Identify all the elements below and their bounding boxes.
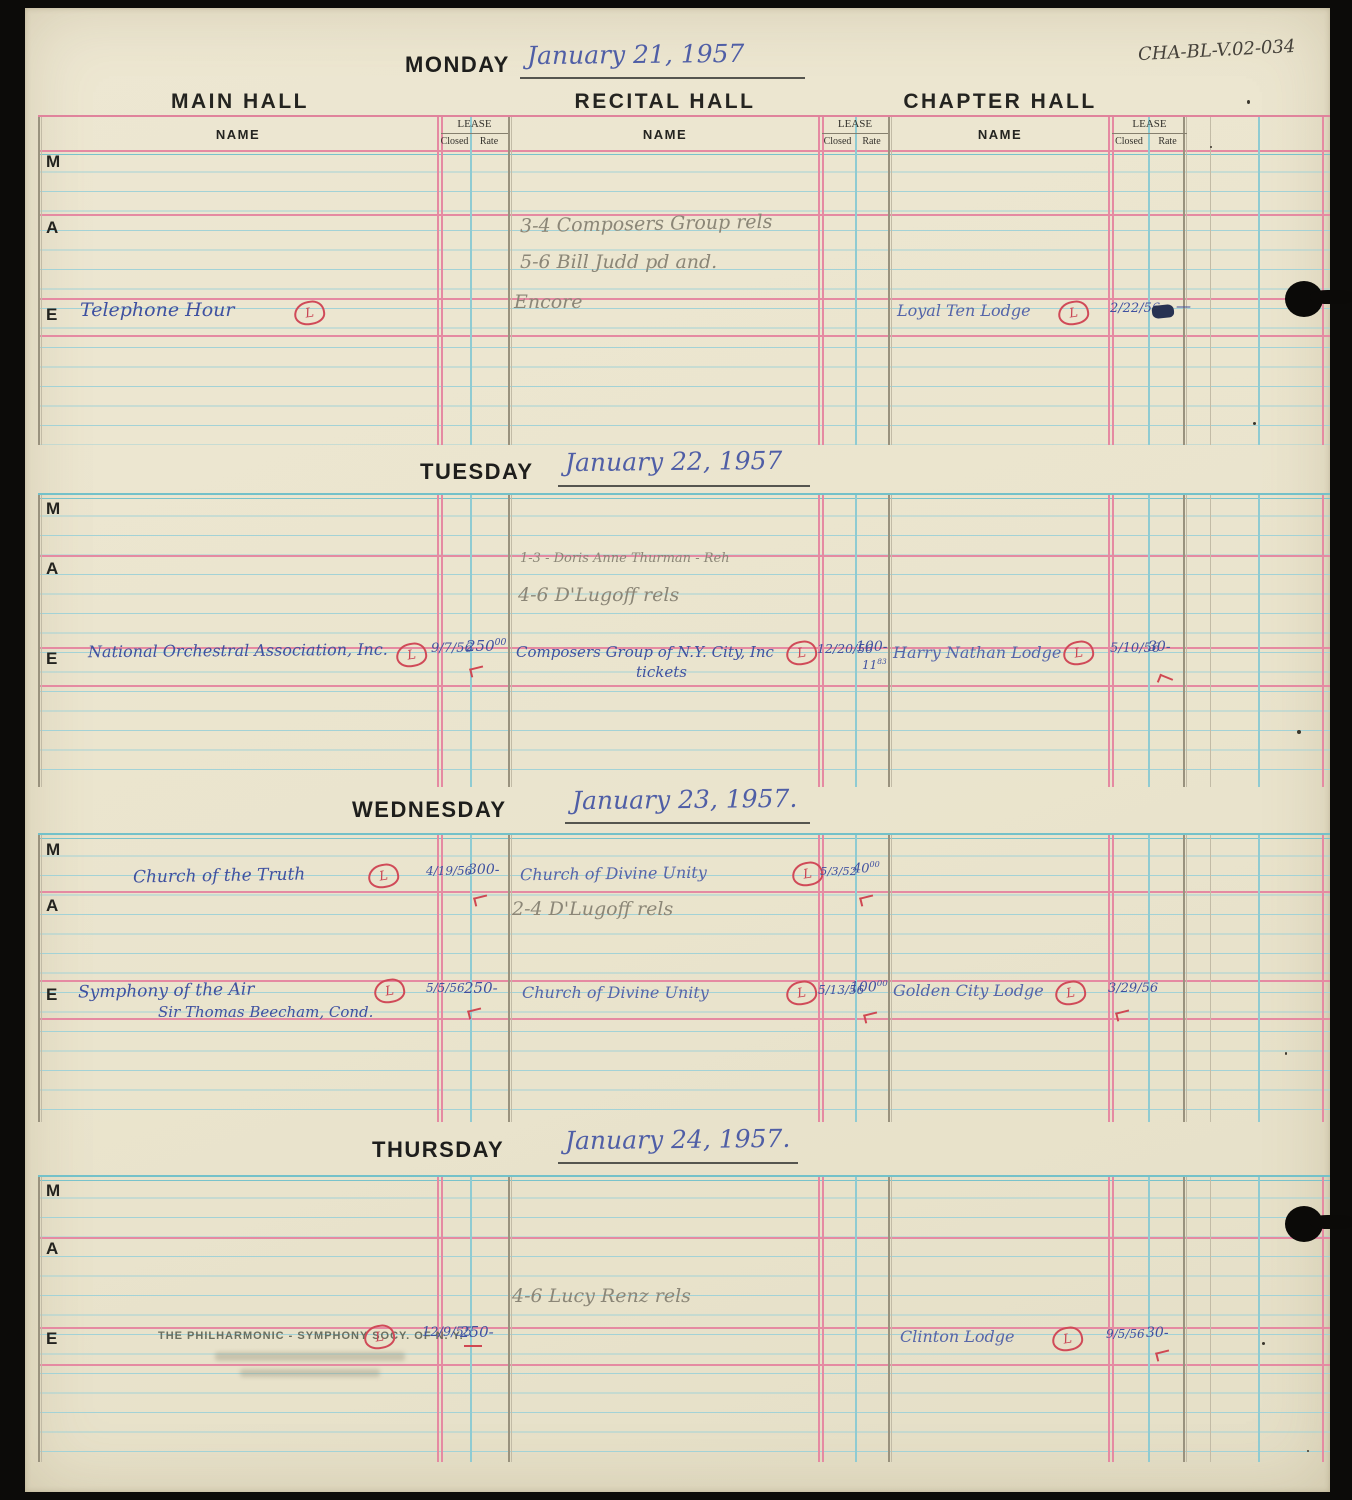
rule-line <box>888 835 890 1122</box>
rule-line <box>38 154 1330 155</box>
rule-line <box>888 117 890 445</box>
row-label-e: E <box>46 305 57 325</box>
column-header-name-recital: NAME <box>565 127 765 142</box>
rule-line <box>1108 117 1110 445</box>
lease-rate: 30- <box>1146 1325 1169 1341</box>
lease-closed-date: 5/3/52 <box>820 864 857 878</box>
lease-letter: L <box>796 645 807 661</box>
date-underline <box>558 1162 798 1164</box>
lease-letter: L <box>304 305 315 321</box>
rule-line <box>1108 1177 1110 1462</box>
lease-rate: 4000 <box>853 860 880 876</box>
rate-amount: 100 <box>850 980 877 996</box>
lease-closed-date: 9/5/56 <box>1106 1327 1145 1341</box>
day-title-thursday: THURSDAY <box>372 1137 504 1163</box>
column-header-rate-recital: Rate <box>855 136 888 147</box>
speck <box>1247 100 1250 104</box>
hall-title-main: MAIN HALL <box>130 90 350 114</box>
lease-letter: L <box>1062 1331 1073 1347</box>
lease-rate: 300- <box>468 862 499 878</box>
date-underline <box>565 822 810 824</box>
entry-recital-afternoon: 1-3 - Doris Anne Thurman - Reh <box>520 551 730 566</box>
lease-letter: L <box>802 866 813 882</box>
hole-punch <box>1310 1215 1352 1229</box>
rule-line <box>508 835 510 1122</box>
rule-line <box>855 1177 857 1462</box>
rule-line <box>1322 835 1324 1122</box>
rule-line <box>508 1177 510 1462</box>
rule-line <box>1112 835 1114 1122</box>
entry-main-evening: Symphony of the Air <box>78 979 255 1002</box>
column-header-name-chapter: NAME <box>900 127 1100 142</box>
rule-line <box>818 117 820 445</box>
entry-main-evening-stamp: THE PHILHARMONIC - SYMPHONY SOCY. OF N. … <box>158 1330 464 1342</box>
column-header-rate-main: Rate <box>470 136 508 147</box>
day-date-monday: January 21, 1957 <box>527 39 745 70</box>
lease-rate: 10000 <box>850 979 888 996</box>
faint-stamp-smudge <box>215 1352 405 1361</box>
rate-cents: 00 <box>495 637 507 648</box>
rule-line <box>1210 1177 1211 1462</box>
lease-rate: 25000 <box>466 637 506 655</box>
rule-line <box>822 133 888 134</box>
rule-line <box>41 495 42 787</box>
rule-line <box>1108 835 1110 1122</box>
rule-line <box>38 685 1330 687</box>
rule-line <box>41 1177 42 1462</box>
speck <box>1210 146 1212 148</box>
rule-line <box>1186 1177 1187 1462</box>
row-label-a: A <box>46 559 58 579</box>
entry-main-evening-note: Sir Thomas Beecham, Cond. <box>158 1003 373 1021</box>
rule-line <box>38 1177 40 1462</box>
column-header-closed-main: Closed <box>439 136 470 147</box>
lease-rate: 250- <box>460 1323 494 1341</box>
rule-line <box>470 117 472 445</box>
lease-letter: L <box>1065 985 1076 1001</box>
day-date-wednesday: January 23, 1957. <box>572 784 798 815</box>
rule-line <box>1148 1177 1150 1462</box>
speck <box>1262 1342 1265 1345</box>
rule-line <box>1322 495 1324 787</box>
lease-letter: L <box>1073 645 1084 661</box>
lease-letter: L <box>374 1329 385 1345</box>
day-title-tuesday: TUESDAY <box>420 459 534 485</box>
entry-main-evening: Telephone Hour <box>80 299 234 321</box>
rule-line <box>1210 117 1211 445</box>
row-label-a: A <box>46 218 58 238</box>
lease-rate: 250- <box>464 979 498 997</box>
rule-line <box>1148 835 1150 1122</box>
rule-line <box>38 150 1330 152</box>
row-label-a: A <box>46 896 58 916</box>
entry-recital-evening: Church of Divine Unity <box>522 983 709 1002</box>
rate-amount: 11 <box>862 658 877 672</box>
rule-line <box>38 1237 1330 1239</box>
entry-chapter-evening: Golden City Lodge <box>893 981 1044 1000</box>
column-header-lease-main: LEASE <box>441 118 508 130</box>
entry-chapter-evening: Loyal Ten Lodge <box>897 301 1031 320</box>
entry-main-evening: National Orchestral Association, Inc. <box>88 640 388 662</box>
rule-line <box>511 1177 512 1462</box>
entry-chapter-evening: Clinton Lodge <box>900 1327 1014 1346</box>
speck <box>1253 422 1256 425</box>
speck <box>1285 1052 1287 1055</box>
row-label-m: M <box>46 840 60 860</box>
rule-line <box>38 891 1330 893</box>
rule-line <box>891 1177 892 1462</box>
ruling <box>38 1179 1330 1462</box>
rule-line <box>1112 133 1187 134</box>
rule-line <box>891 495 892 787</box>
rule-line <box>441 117 443 445</box>
rule-line <box>1183 495 1185 787</box>
lease-letter: L <box>406 647 417 663</box>
rule-line <box>1186 495 1187 787</box>
lease-letter: L <box>384 983 395 999</box>
ruled-grid-thursday <box>38 1175 1330 1462</box>
entry-recital-evening: Composers Group of N.Y. City, Inc <box>516 643 774 661</box>
day-title-wednesday: WEDNESDAY <box>352 797 507 823</box>
entry-recital-afternoon: 5-6 Bill Judd pd and. <box>520 251 717 273</box>
hole-punch <box>1310 290 1352 304</box>
rule-line <box>41 117 42 445</box>
lease-rate: 100- <box>856 639 887 655</box>
rule-line <box>38 1364 1330 1366</box>
column-header-closed-chapter: Closed <box>1110 136 1148 147</box>
rule-line <box>38 495 40 787</box>
rule-line <box>1258 117 1260 445</box>
entry-recital-afternoon: 4-6 Lucy Renz rels <box>512 1285 691 1307</box>
speck <box>1297 730 1301 734</box>
lease-closed-date: 3/29/56 <box>1108 981 1158 996</box>
row-label-m: M <box>46 499 60 519</box>
date-underline <box>558 485 810 487</box>
rule-line <box>38 835 40 1122</box>
lease-letter: L <box>796 985 807 1001</box>
rule-line <box>888 1177 890 1462</box>
lease-closed-date: 4/19/56 <box>426 864 472 878</box>
rate-cents: 00 <box>870 860 880 869</box>
rule-line <box>511 495 512 787</box>
ink-blot <box>1151 304 1174 319</box>
rule-line <box>822 1177 824 1462</box>
rule-line <box>441 1177 443 1462</box>
entry-chapter-evening: Harry Nathan Lodge <box>893 643 1061 662</box>
rule-line <box>1183 117 1185 445</box>
faint-stamp-smudge <box>240 1369 380 1377</box>
column-header-lease-chapter: LEASE <box>1112 118 1187 130</box>
rule-line <box>508 117 510 445</box>
row-label-m: M <box>46 1181 60 1201</box>
column-header-rate-chapter: Rate <box>1148 136 1187 147</box>
column-header-name-main: NAME <box>138 127 338 142</box>
row-label-e: E <box>46 649 57 669</box>
rule-line <box>822 117 824 445</box>
rule-line <box>1258 1177 1260 1462</box>
rule-line <box>441 133 508 134</box>
rule-line <box>1186 835 1187 1122</box>
rule-line <box>1112 117 1114 445</box>
row-label-e: E <box>46 985 57 1005</box>
ruled-grid-monday <box>38 115 1330 445</box>
row-label-m: M <box>46 152 60 172</box>
red-check-mark <box>464 1345 482 1347</box>
rule-line <box>38 117 40 445</box>
rule-line <box>38 335 1330 337</box>
lease-closed-date: 5/5/56 <box>426 981 465 995</box>
rule-line <box>1112 1177 1114 1462</box>
rule-line <box>1210 495 1211 787</box>
entry-recital-afternoon: Church of Divine Unity <box>520 863 707 885</box>
rule-line <box>818 1177 820 1462</box>
lease-letter: L <box>378 868 389 884</box>
rate-cents: 83 <box>877 657 886 666</box>
rule-line <box>1258 835 1260 1122</box>
row-label-a: A <box>46 1239 58 1259</box>
entry-recital-afternoon: 2-4 D'Lugoff rels <box>512 898 673 920</box>
rule-line <box>511 117 512 445</box>
day-date-thursday: January 24, 1957. <box>565 1124 791 1155</box>
rule-line <box>441 835 443 1122</box>
rule-line <box>437 1177 439 1462</box>
rule-line <box>511 835 512 1122</box>
rule-line <box>41 835 42 1122</box>
rule-line <box>891 835 892 1122</box>
rule-line <box>1183 1177 1185 1462</box>
lease-rate: 30- <box>1148 639 1171 655</box>
day-title-monday: MONDAY <box>405 52 510 78</box>
entry-recital-afternoon: 3-4 Composers Group rels <box>520 211 773 237</box>
rule-line <box>888 495 890 787</box>
date-underline <box>520 77 805 79</box>
entry-recital-afternoon: 4-6 D'Lugoff rels <box>518 584 679 606</box>
day-date-tuesday: January 22, 1957 <box>565 446 783 477</box>
rule-line <box>437 835 439 1122</box>
ruled-grid-tuesday <box>38 493 1330 787</box>
rule-line <box>891 117 892 445</box>
rule-line <box>1186 117 1187 445</box>
rule-line <box>1148 117 1150 445</box>
column-header-lease-recital: LEASE <box>822 118 888 130</box>
rule-line <box>855 117 857 445</box>
hall-title-chapter: CHAPTER HALL <box>890 90 1110 114</box>
rule-line <box>470 1177 472 1462</box>
rule-line <box>1210 835 1211 1122</box>
lease-rate: — <box>1176 297 1191 315</box>
scanned-ledger-page: { "archive_code": "CHA-BL-V.02-034", "ta… <box>0 0 1352 1500</box>
rule-line <box>1258 495 1260 787</box>
entry-main-afternoon: Church of the Truth <box>133 864 306 887</box>
rule-line <box>508 495 510 787</box>
lease-rate-second: 1183 <box>862 657 887 672</box>
rule-line <box>38 838 1330 839</box>
rate-amount: 40 <box>853 861 870 876</box>
hall-title-recital: RECITAL HALL <box>555 90 775 114</box>
rate-amount: 250 <box>466 637 495 655</box>
rule-line <box>38 498 1330 499</box>
speck <box>1307 1450 1309 1452</box>
row-label-e: E <box>46 1329 57 1349</box>
rule-line <box>437 117 439 445</box>
entry-recital-evening-note: tickets <box>636 663 687 681</box>
rate-cents: 00 <box>877 979 888 989</box>
column-header-closed-recital: Closed <box>820 136 855 147</box>
rule-line <box>38 1180 1330 1181</box>
rule-line <box>1183 835 1185 1122</box>
lease-letter: L <box>1068 305 1079 321</box>
entry-recital-evening: Encore <box>514 291 583 313</box>
rule-line <box>1322 117 1324 445</box>
